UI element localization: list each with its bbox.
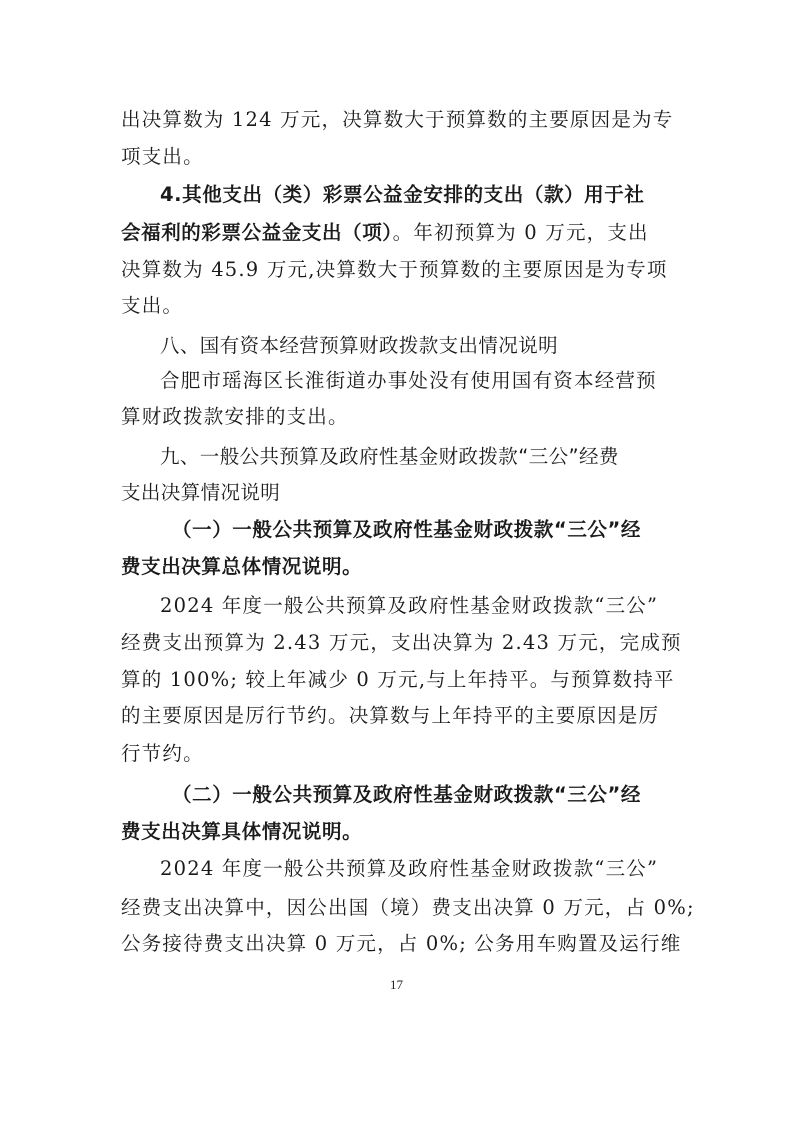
subsection-1-heading-cont: 费支出决算总体情况说明。 [121, 553, 681, 581]
section-8-heading: 八、国有资本经营预算财政拨款支出情况说明 [160, 332, 681, 360]
subsection-1-heading: （一）一般公共预算及政府性基金财政拨款“三公”经 [172, 516, 693, 544]
page-number: 17 [0, 977, 793, 993]
paragraph-line: 2024 年度一般公共预算及政府性基金财政拨款“三公” [160, 592, 681, 620]
paragraph-line: 算的 100%; 较上年减少 0 万元,与上年持平。与预算数持平 [121, 666, 681, 694]
paragraph-line: 经费支出决算中，因公出国（境）费支出决算 0 万元，占 0%; [121, 894, 681, 922]
paragraph-line: 经费支出预算为 2.43 万元，支出决算为 2.43 万元，完成预 [121, 629, 681, 657]
subsection-2-heading: （二）一般公共预算及政府性基金财政拨款“三公”经 [172, 781, 693, 809]
paragraph-line: 算财政拨款安排的支出。 [121, 403, 681, 431]
paragraph-line: 行节约。 [121, 740, 681, 768]
paragraph-line: 公务接待费支出决算 0 万元，占 0%; 公务用车购置及运行维 [121, 930, 681, 958]
item-4-line: 会福利的彩票公益金支出（项）。年初预算为 0 万元，支出 [121, 219, 681, 247]
section-9-heading: 九、一般公共预算及政府性基金财政拨款“三公”经费 [160, 443, 681, 471]
subsection-2-heading-cont: 费支出决算具体情况说明。 [121, 818, 681, 846]
paragraph-line: 出决算数为 124 万元，决算数大于预算数的主要原因是为专 [121, 106, 681, 134]
paragraph-line: 合肥市瑶海区长淮街道办事处没有使用国有资本经营预 [160, 367, 681, 395]
section-9-heading-cont: 支出决算情况说明 [121, 479, 681, 507]
paragraph-line: 决算数为 45.9 万元,决算数大于预算数的主要原因是为专项 [121, 256, 681, 284]
item-4-heading-cont: 会福利的彩票公益金支出（项） [121, 221, 393, 244]
paragraph-line: 支出。 [121, 292, 681, 320]
item-4-heading: 4.其他支出（类）彩票公益金安排的支出（款）用于社 [160, 181, 681, 209]
paragraph-line: 项支出。 [121, 143, 681, 171]
paragraph-line: 的主要原因是厉行节约。决算数与上年持平的主要原因是厉 [121, 702, 681, 730]
item-4-text: 。年初预算为 0 万元，支出 [393, 221, 649, 244]
paragraph-line: 2024 年度一般公共预算及政府性基金财政拨款“三公” [160, 855, 681, 883]
